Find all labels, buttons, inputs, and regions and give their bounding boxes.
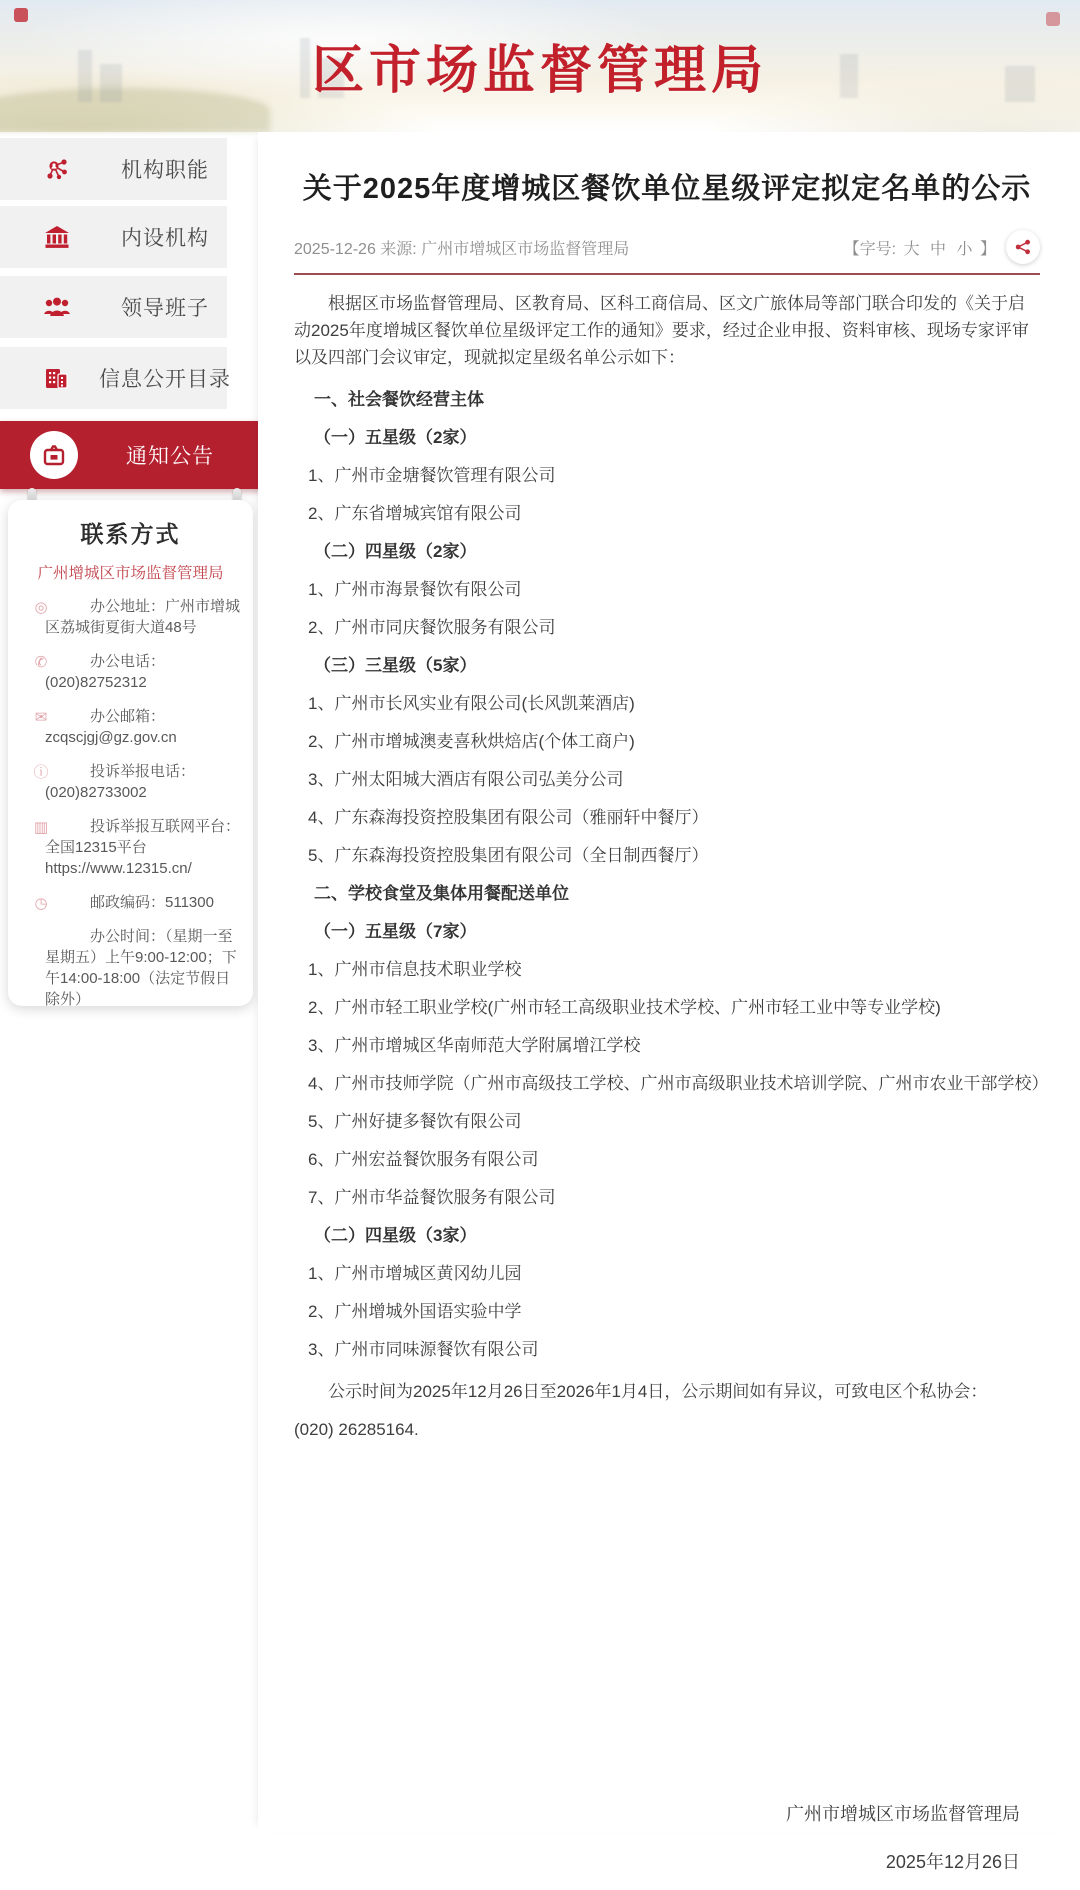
article-block: （三）三星级（5家） bbox=[294, 652, 1040, 679]
article-block: 2、广州市轻工职业学校(广州市轻工高级职业技术学校、广州市轻工业中等专业学校) bbox=[294, 994, 1040, 1021]
contact-entry: ◎办公地址：广州市增城区荔城街夏街大道48号 bbox=[8, 596, 253, 638]
sidebar-item-label: 内设机构 bbox=[95, 222, 235, 252]
people-icon bbox=[42, 292, 72, 322]
sidebar-item-org-functions[interactable]: 机构职能 bbox=[0, 138, 227, 200]
article-sign-date: 2025年12月26日 bbox=[886, 1848, 1020, 1874]
announcement-icon bbox=[30, 431, 78, 479]
contact-entry-text: 办公邮箱：zcqscjgj@gz.gov.cn bbox=[45, 708, 177, 746]
contact-entry-icon: ◷ bbox=[32, 893, 50, 914]
sidebar-item-leadership[interactable]: 领导班子 bbox=[0, 276, 227, 338]
sidebar-item-label: 通知公告 bbox=[100, 440, 240, 470]
article-block: 5、广州好捷多餐饮有限公司 bbox=[294, 1108, 1040, 1135]
sidebar-item-internal-orgs[interactable]: 内设机构 bbox=[0, 206, 227, 268]
sidebar-item-label: 领导班子 bbox=[95, 292, 235, 322]
sidebar-item-info-disclosure[interactable]: 信息公开目录 bbox=[0, 347, 227, 409]
sidebar-item-label: 机构职能 bbox=[95, 154, 235, 184]
contact-entry: ⓘ投诉举报电话：(020)82733002 bbox=[8, 761, 253, 803]
page: 区市场监督管理局 机构职能 bbox=[0, 0, 1080, 1890]
font-size-control: 【字号: 大 中 小 】 bbox=[844, 236, 996, 259]
article-block: 1、广州市信息技术职业学校 bbox=[294, 956, 1040, 983]
contact-entry: ✆办公电话：(020)82752312 bbox=[8, 651, 253, 693]
contact-entry-text: 投诉举报互联网平台：全国12315平台 https://www.12315.cn… bbox=[45, 818, 240, 877]
article-block: 5、广东森海投资控股集团有限公司（全日制西餐厅） bbox=[294, 842, 1040, 869]
article-panel: 关于2025年度增城区餐饮单位星级评定拟定名单的公示 2025-12-26 来源… bbox=[258, 132, 1080, 1832]
article-block: （一）五星级（2家） bbox=[294, 424, 1040, 451]
contact-entry-text: 投诉举报电话：(020)82733002 bbox=[45, 763, 195, 801]
font-size-medium[interactable]: 中 bbox=[930, 241, 946, 258]
contact-entry: ▥投诉举报互联网平台：全国12315平台 https://www.12315.c… bbox=[8, 816, 253, 879]
corner-logo-mark bbox=[1046, 12, 1060, 26]
contact-entries: ◎办公地址：广州市增城区荔城街夏街大道48号 ✆办公电话：(020)827523… bbox=[8, 596, 253, 1006]
article-block: (020) 26285164. bbox=[294, 1416, 1040, 1443]
sidebar-item-label: 信息公开目录 bbox=[95, 363, 235, 393]
contact-org-name: 广州增城区市场监督管理局 bbox=[8, 561, 253, 583]
article-block: 2、广东省增城宾馆有限公司 bbox=[294, 500, 1040, 527]
contact-entry-icon: ✉ bbox=[32, 707, 50, 728]
contact-entry-icon: ▥ bbox=[32, 817, 50, 838]
contact-entry-text: 邮政编码：511300 bbox=[90, 894, 214, 911]
article-block: 4、广州市技师学院（广州市高级技工学校、广州市高级职业技术培训学院、广州市农业干… bbox=[294, 1070, 1040, 1097]
article-block: 3、广州市增城区华南师范大学附属增江学校 bbox=[294, 1032, 1040, 1059]
article-block: 公示时间为2025年12月26日至2026年1月4日，公示期间如有异议，可致电区… bbox=[294, 1378, 1040, 1405]
article-block: （二）四星级（2家） bbox=[294, 538, 1040, 565]
article-block: 3、广州市同味源餐饮有限公司 bbox=[294, 1336, 1040, 1363]
article-block: 2、广州市增城澳麦喜秋烘焙店(个体工商户) bbox=[294, 728, 1040, 755]
article-date: 2025-12-26 bbox=[294, 241, 376, 258]
article-block: 2、广州增城外国语实验中学 bbox=[294, 1298, 1040, 1325]
article-block: 1、广州市长风实业有限公司(长风凯莱酒店) bbox=[294, 690, 1040, 717]
article-block: 3、广州太阳城大酒店有限公司弘美分公司 bbox=[294, 766, 1040, 793]
contact-entry-text: 办公时间：（星期一至星期五）上午9:00-12:00；下午14:00-18:00… bbox=[45, 928, 237, 1006]
contact-heading: 联系方式 bbox=[8, 516, 253, 549]
article-block: 一、社会餐饮经营主体 bbox=[294, 386, 1040, 413]
article-block: 7、广州市华益餐饮服务有限公司 bbox=[294, 1184, 1040, 1211]
org-network-icon bbox=[42, 154, 72, 184]
article-block: 4、广东森海投资控股集团有限公司（雅丽轩中餐厅） bbox=[294, 804, 1040, 831]
contact-entry: ◷邮政编码：511300 bbox=[8, 892, 253, 913]
article-signature: 广州市增城区市场监督管理局 bbox=[786, 1800, 1020, 1826]
font-size-large[interactable]: 大 bbox=[904, 241, 920, 258]
article-block: 2、广州市同庆餐饮服务有限公司 bbox=[294, 614, 1040, 641]
contact-entry-text: 办公电话：(020)82752312 bbox=[45, 653, 165, 691]
article-block: 根据区市场监督管理局、区教育局、区科工商信局、区文广旅体局等部门联合印发的《关于… bbox=[294, 290, 1040, 371]
font-size-prefix: 【字号: bbox=[844, 241, 896, 258]
meta-divider-rule bbox=[294, 273, 1040, 275]
bank-icon bbox=[42, 222, 72, 252]
contact-entry-icon: ✆ bbox=[32, 652, 50, 673]
article-source: 来源: 广州市增城区市场监督管理局 bbox=[380, 241, 629, 258]
article-block: 1、广州市金塘餐饮管理有限公司 bbox=[294, 462, 1040, 489]
article-date-source: 2025-12-26 来源: 广州市增城区市场监督管理局 bbox=[294, 236, 629, 259]
article-block: （一）五星级（7家） bbox=[294, 918, 1040, 945]
font-size-suffix: 】 bbox=[980, 241, 996, 258]
contact-entry-icon: ◎ bbox=[32, 597, 50, 618]
buildings-icon bbox=[42, 363, 72, 393]
contact-entry-text: 办公地址：广州市增城区荔城街夏街大道48号 bbox=[45, 598, 240, 636]
contact-entry-icon: ⓘ bbox=[32, 762, 50, 783]
sidebar-item-notices[interactable]: 通知公告 bbox=[0, 421, 273, 489]
article-body: 根据区市场监督管理局、区教育局、区科工商信局、区文广旅体局等部门联合印发的《关于… bbox=[294, 290, 1040, 1443]
font-size-small[interactable]: 小 bbox=[957, 241, 973, 258]
article-meta-row: 2025-12-26 来源: 广州市增城区市场监督管理局 【字号: 大 中 小 … bbox=[294, 230, 1040, 264]
article-title: 关于2025年度增城区餐饮单位星级评定拟定名单的公示 bbox=[294, 166, 1040, 207]
article-block: 6、广州宏益餐饮服务有限公司 bbox=[294, 1146, 1040, 1173]
article-block: 1、广州市海景餐饮有限公司 bbox=[294, 576, 1040, 603]
share-icon[interactable] bbox=[1006, 230, 1040, 264]
article-block: （二）四星级（3家） bbox=[294, 1222, 1040, 1249]
sidebar-nav: 机构职能 内设机构 bbox=[0, 0, 280, 1890]
contact-entry: 办公时间：（星期一至星期五）上午9:00-12:00；下午14:00-18:00… bbox=[8, 926, 253, 1006]
contact-entry: ✉办公邮箱：zcqscjgj@gz.gov.cn bbox=[8, 706, 253, 748]
article-block: 二、学校食堂及集体用餐配送单位 bbox=[294, 880, 1040, 907]
article-block: 1、广州市增城区黄冈幼儿园 bbox=[294, 1260, 1040, 1287]
contact-card: 联系方式 广州增城区市场监督管理局 ◎办公地址：广州市增城区荔城街夏街大道48号… bbox=[8, 500, 253, 1006]
